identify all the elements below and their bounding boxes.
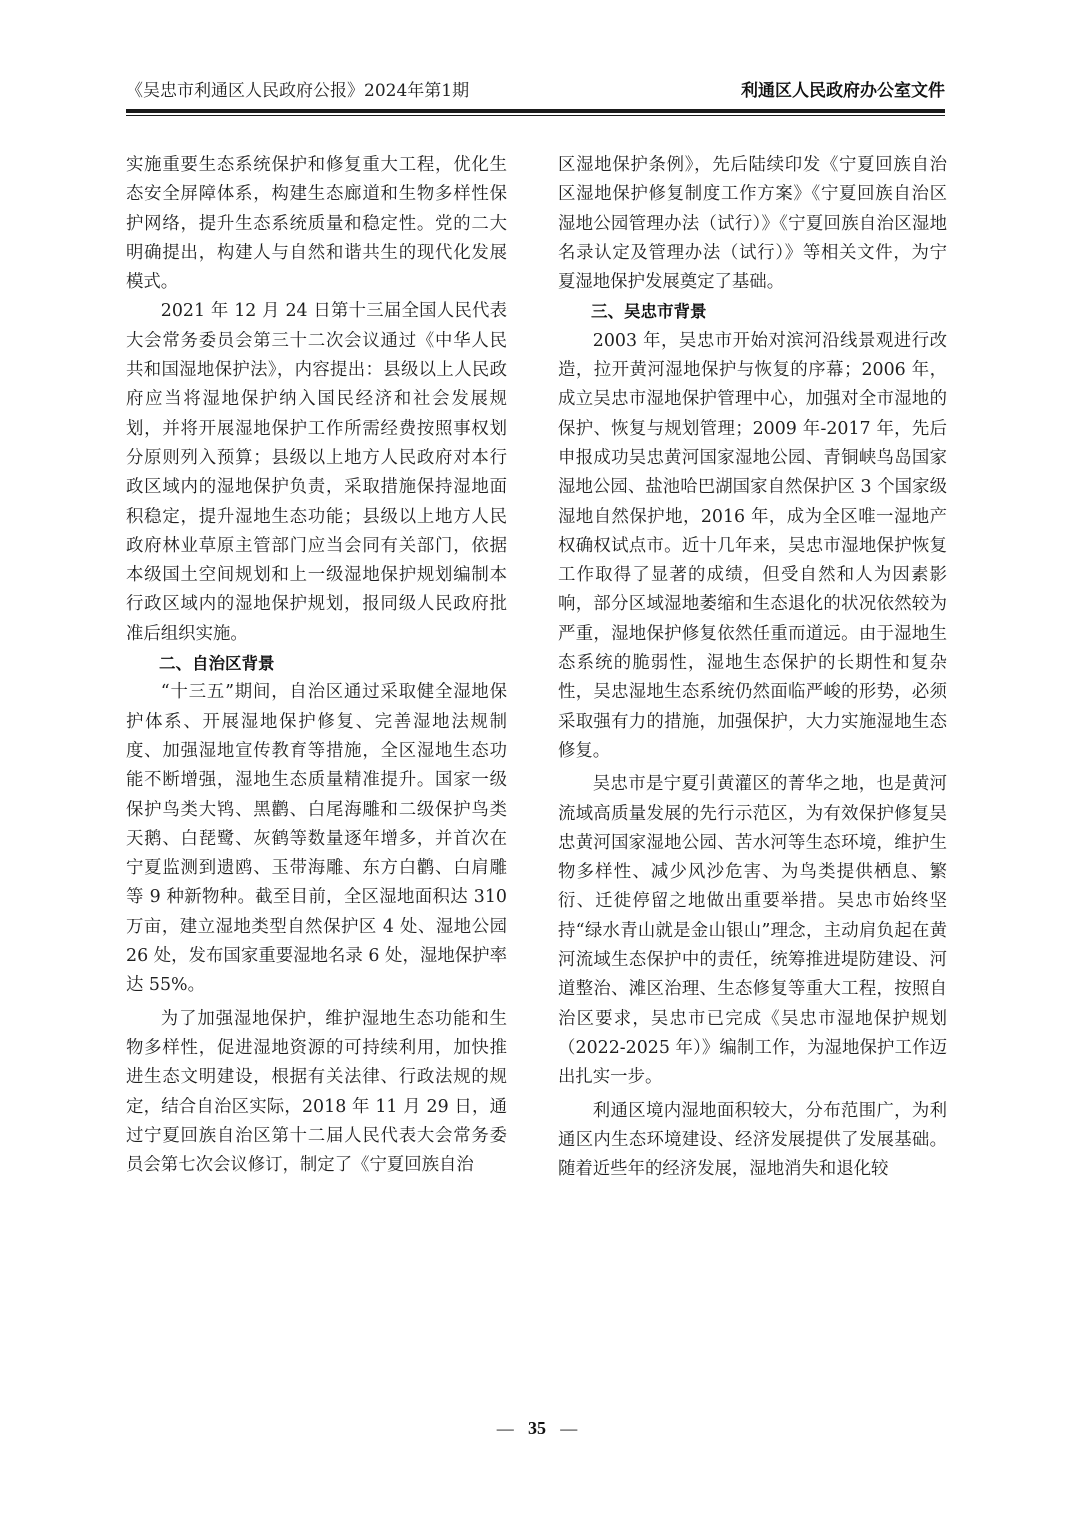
paragraph: 2021 年 12 月 24 日第十三届全国人民代表大会常务委员会第三十二次会议… <box>126 297 507 649</box>
footer-dash-right: — <box>560 1419 577 1438</box>
header-rule-thick <box>126 109 945 113</box>
paragraph: “十三五”期间，自治区通过采取健全湿地保护体系、开展湿地保护修复、完善湿地法规制… <box>126 678 507 1000</box>
publication-title: 《吴忠市利通区人民政府公报》2024年第1期 <box>126 76 469 101</box>
page-footer: — 35 — <box>0 1418 1074 1439</box>
section-heading: 三、吴忠市背景 <box>558 297 947 326</box>
paragraph: 吴忠市是宁夏引黄灌区的菁华之地，也是黄河流域高质量发展的先行示范区，为有效保护修… <box>558 770 947 1092</box>
paragraph: 2003 年，吴忠市开始对滨河沿线景观进行改造，拉开黄河湿地保护与恢复的序幕；2… <box>558 327 947 766</box>
right-column: 区湿地保护条例》，先后陆续印发《宁夏回族自治区湿地保护修复制度工作方案》《宁夏回… <box>558 151 947 1184</box>
paragraph: 区湿地保护条例》，先后陆续印发《宁夏回族自治区湿地保护修复制度工作方案》《宁夏回… <box>558 151 947 297</box>
page-number: 35 <box>528 1418 546 1438</box>
paragraph: 利通区境内湿地面积较大，分布范围广，为利通区内生态环境建设、经济发展提供了发展基… <box>558 1097 947 1185</box>
header-rule-thin <box>126 115 945 116</box>
section-heading: 二、自治区背景 <box>126 649 507 678</box>
paragraph: 为了加强湿地保护，维护湿地生态功能和生物多样性，促进湿地资源的可持续利用，加快推… <box>126 1005 507 1181</box>
left-column: 实施重要生态系统保护和修复重大工程，优化生态安全屏障体系，构建生态廊道和生物多样… <box>126 151 507 1180</box>
document-source: 利通区人民政府办公室文件 <box>741 76 945 101</box>
page-header: 《吴忠市利通区人民政府公报》2024年第1期 利通区人民政府办公室文件 <box>126 76 945 106</box>
paragraph: 实施重要生态系统保护和修复重大工程，优化生态安全屏障体系，构建生态廊道和生物多样… <box>126 151 507 297</box>
footer-dash-left: — <box>497 1419 514 1438</box>
